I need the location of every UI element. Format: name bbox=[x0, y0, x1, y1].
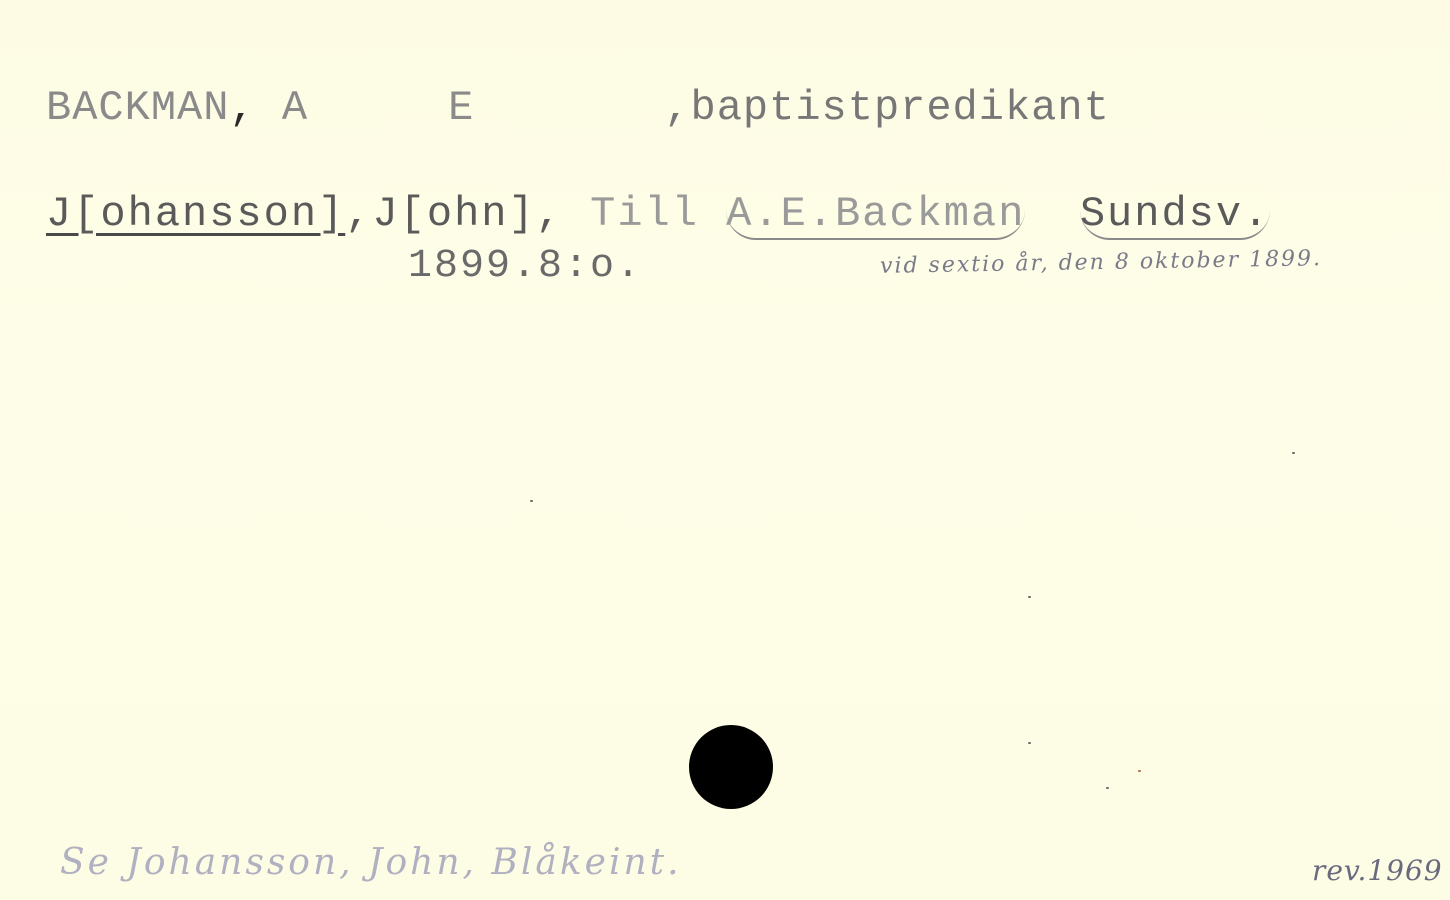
handwritten-revision: rev.1969 bbox=[1312, 854, 1443, 887]
paper-speck bbox=[1138, 770, 1141, 772]
paper-speck bbox=[1028, 596, 1031, 598]
entry-author-sep: , bbox=[345, 190, 372, 238]
entry-place: Sundsv. bbox=[1080, 190, 1270, 240]
paper-speck bbox=[1292, 452, 1295, 454]
card-heading: BACKMAN, AE,baptistpredikant bbox=[46, 84, 1110, 132]
heading-initial-a: A bbox=[282, 84, 308, 132]
entry-gap bbox=[1025, 190, 1079, 238]
entry-author-first-sep: , bbox=[536, 190, 563, 238]
entry-title-prefix: Till bbox=[563, 190, 726, 238]
heading-separator: , bbox=[229, 84, 255, 132]
entry-dedicatee: A.E.Backman bbox=[726, 190, 1025, 240]
heading-surname: BACKMAN bbox=[46, 84, 229, 132]
entry-author-first: J[ohn] bbox=[372, 190, 535, 238]
handwritten-dedication-note: vid sextio år, den 8 oktober 1899. bbox=[880, 246, 1322, 279]
paper-speck bbox=[1028, 742, 1031, 744]
entry-imprint: 1899.8:o. bbox=[408, 244, 642, 289]
heading-initial-e: E bbox=[448, 84, 474, 132]
punch-hole bbox=[689, 725, 773, 809]
heading-occupation: ,baptistpredikant bbox=[664, 84, 1109, 132]
entry-line: J[ohansson],J[ohn], Till A.E.Backman Sun… bbox=[46, 190, 1270, 238]
entry-author: J[ohansson] bbox=[46, 190, 345, 238]
handwritten-see-reference: Se Johansson, John, Blåkeint. bbox=[60, 842, 682, 883]
catalog-card: BACKMAN, AE,baptistpredikant J[ohansson]… bbox=[0, 0, 1450, 900]
paper-speck bbox=[530, 500, 533, 502]
paper-speck bbox=[1106, 787, 1109, 789]
